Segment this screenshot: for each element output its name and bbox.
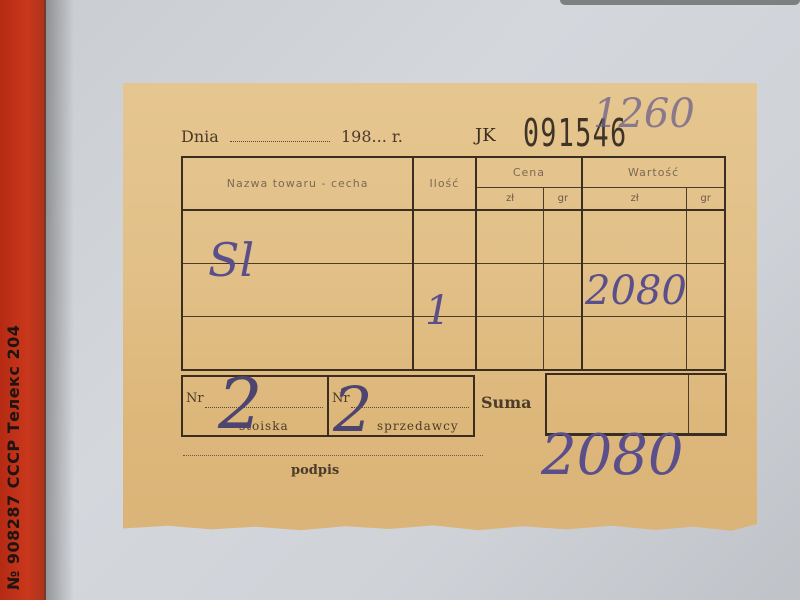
col-header-quantity: Ilość	[413, 157, 475, 210]
spine-shadow	[44, 0, 74, 600]
book-spine-text: № 908287 СССР Телекс 204	[4, 325, 23, 590]
handwritten-item-name: Sl	[208, 233, 254, 287]
sum-label: Suma	[481, 393, 531, 412]
value-gr-header: gr	[687, 188, 725, 211]
top-object-shadow	[560, 0, 800, 5]
table-row	[182, 317, 725, 370]
signature-line	[183, 455, 483, 456]
year-suffix: r.	[392, 127, 403, 146]
date-blank	[230, 129, 330, 142]
table-row	[182, 210, 725, 263]
price-zl-header: zł	[476, 188, 544, 211]
handwritten-quantity: 1	[425, 288, 450, 334]
receipt-slip: Dnia 198... r. JK 091546 1260 Nazwa towa…	[123, 83, 757, 533]
handwritten-sum: 2080	[541, 423, 684, 488]
handwritten-overwrite: 1260	[593, 91, 695, 137]
seller-label: sprzedawcy	[377, 419, 459, 433]
series-label: JK	[475, 125, 496, 146]
stand-nr-label: Nr	[186, 391, 204, 406]
col-header-value: Wartość	[582, 157, 725, 188]
price-gr-header: gr	[544, 188, 582, 211]
col-header-name: Nazwa towaru - cecha	[182, 157, 413, 210]
handwritten-seller-number: 2	[333, 373, 372, 446]
items-table: Nazwa towaru - cecha Ilość Cena Wartość …	[181, 156, 726, 371]
signature-label: podpis	[291, 463, 339, 478]
book-spine: № 908287 СССР Телекс 204	[0, 0, 46, 600]
handwritten-value-zl: 2080	[585, 268, 687, 314]
col-header-price: Cena	[476, 157, 583, 188]
date-line: Dnia 198... r.	[181, 127, 403, 146]
value-zl-header: zł	[582, 188, 687, 211]
year-prefix: 198...	[341, 127, 387, 146]
sum-divider	[688, 375, 689, 433]
handwritten-stand-number: 2	[218, 363, 263, 445]
date-label: Dnia	[181, 127, 219, 146]
